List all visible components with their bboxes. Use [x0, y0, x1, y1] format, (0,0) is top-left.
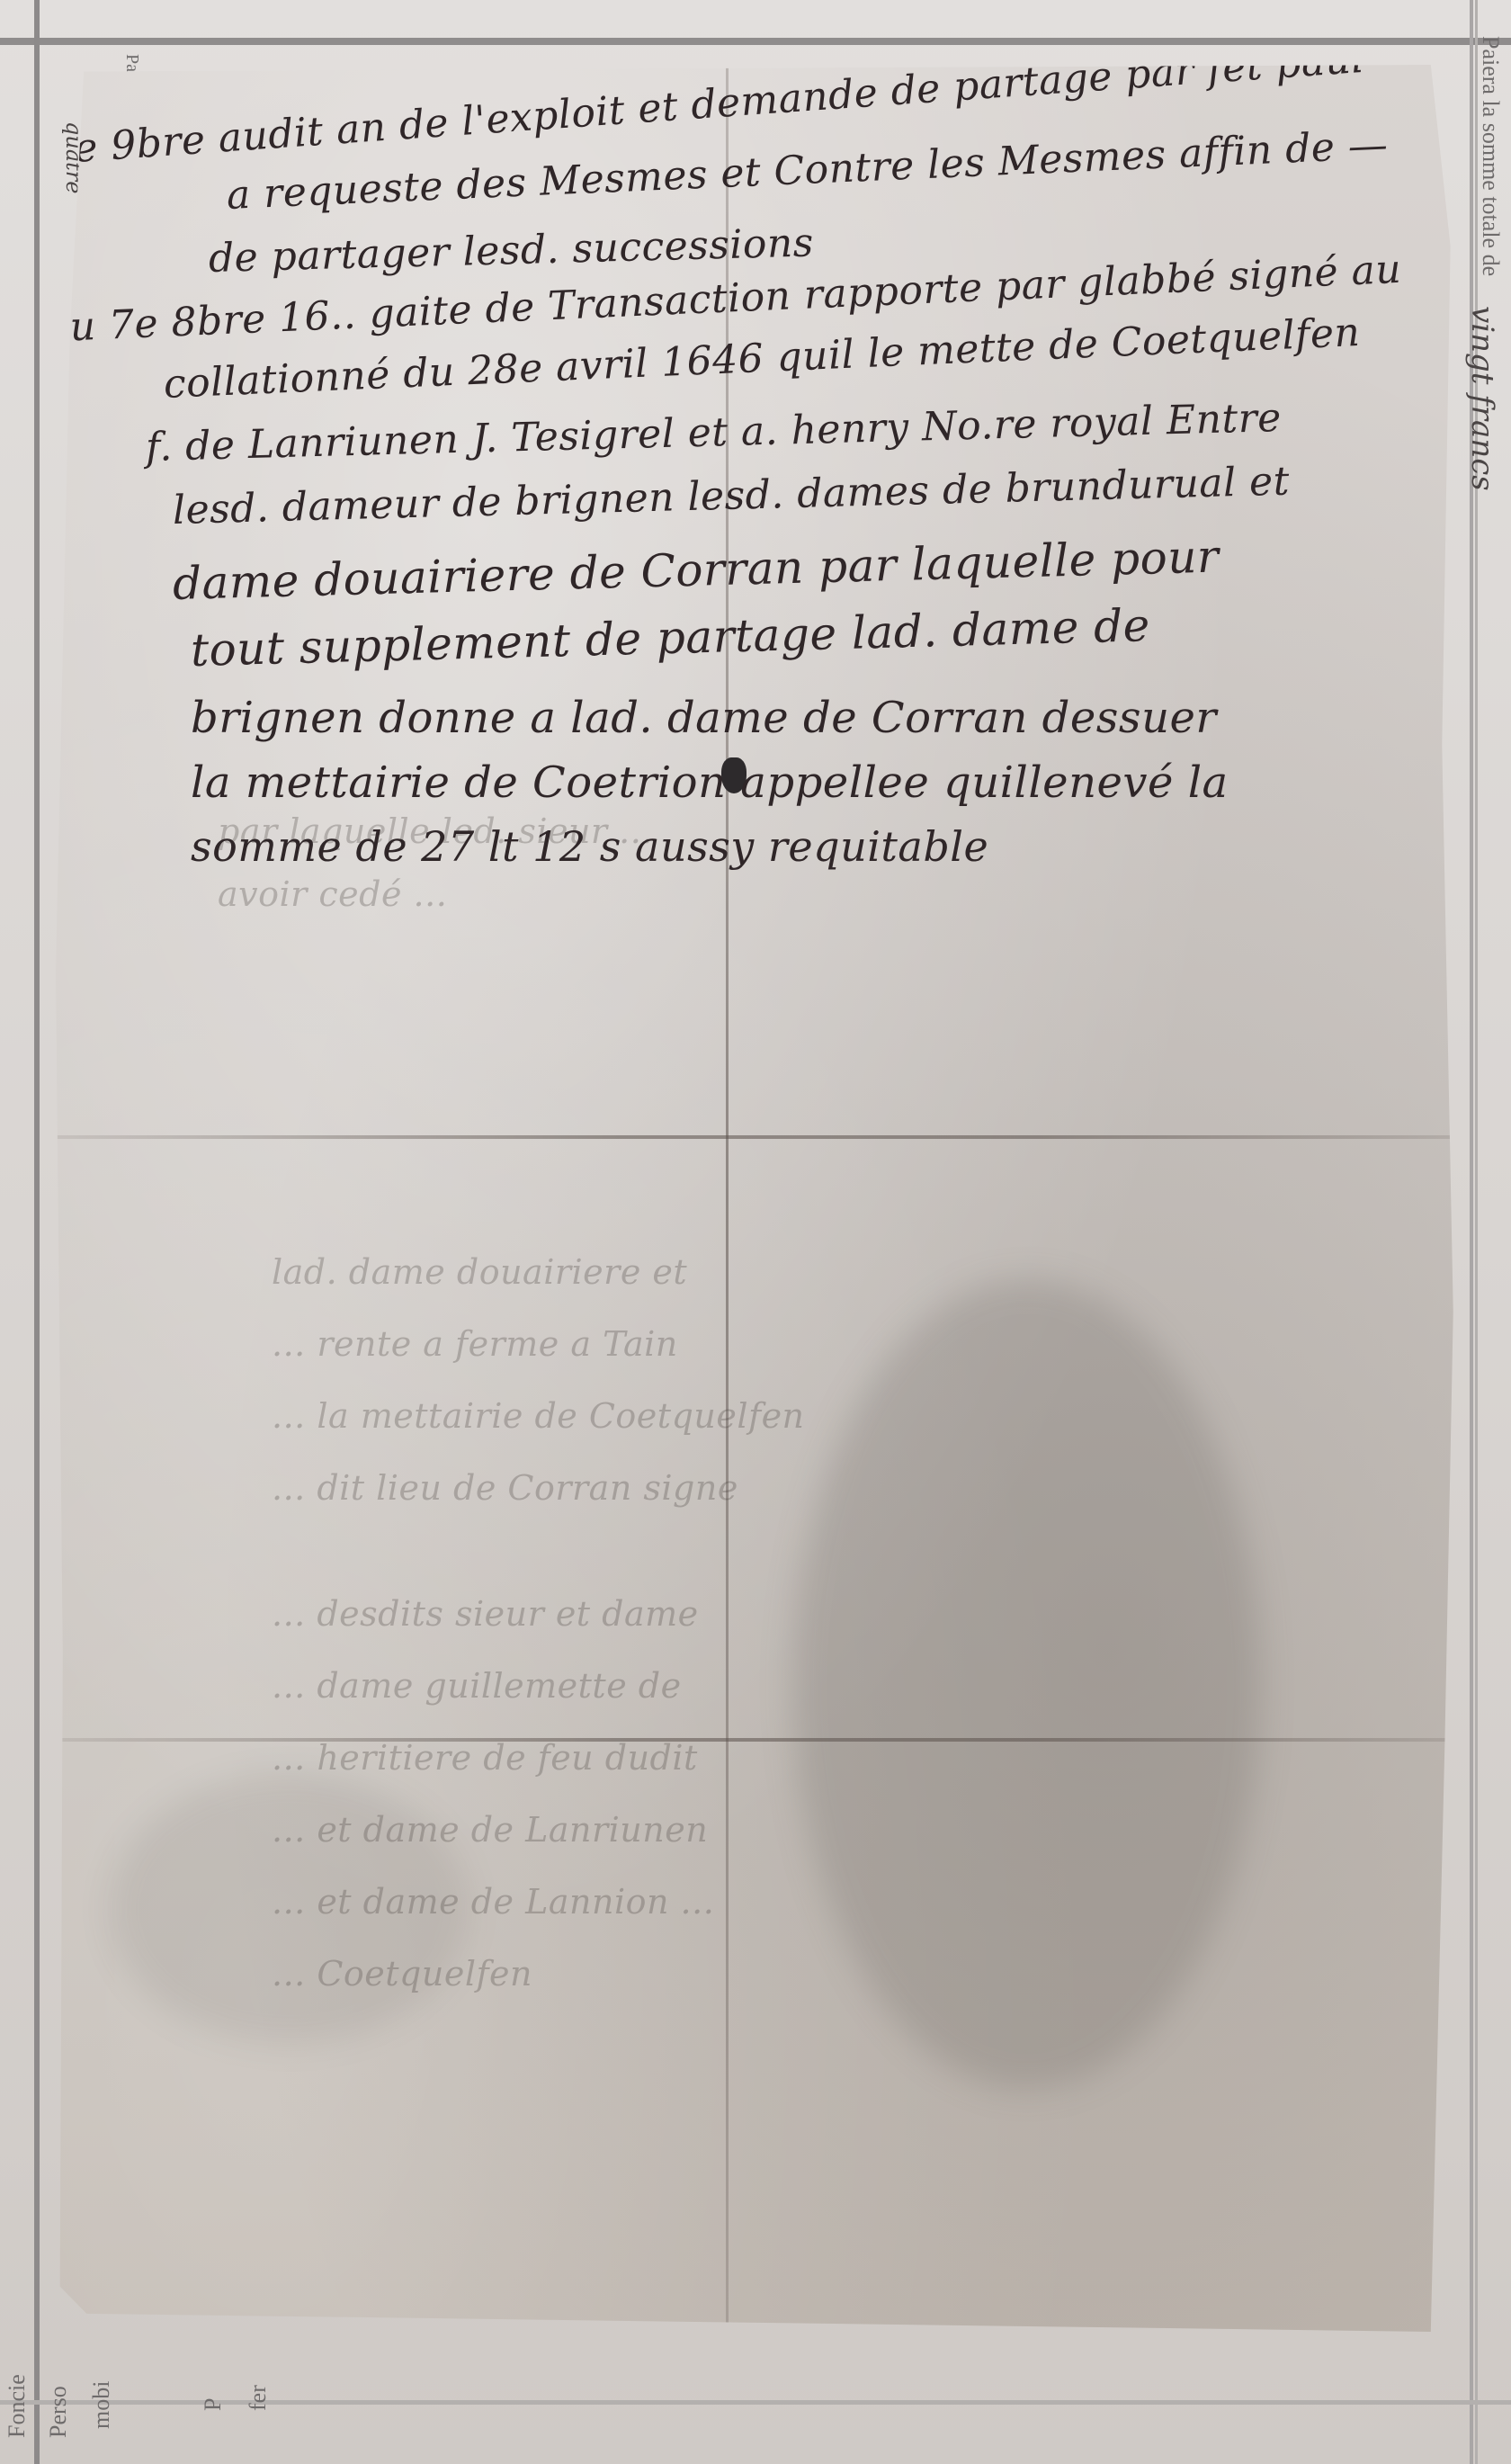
fold-line-vertical — [726, 65, 729, 2332]
bleed-through-line: ... desdits sieur et dame — [272, 1594, 699, 1634]
manuscript-line-3: de partager lesd. successions — [208, 220, 814, 282]
fold-line-horizontal — [56, 1135, 1459, 1139]
bottom-print-perso: Perso — [45, 2386, 72, 2438]
bleed-through-line: lad. dame douairiere et — [272, 1252, 687, 1292]
manuscript-line-10: brignen donne a lad. dame de Corran dess… — [191, 693, 1217, 743]
bottom-print-p: P — [200, 2398, 227, 2411]
manuscript-line-6: f. de Lanriunen J. Tesigrel et a. henry … — [145, 395, 1282, 470]
bleed-through-line: ... dame guillemette de — [272, 1666, 682, 1706]
fold-line-horizontal — [56, 1738, 1459, 1742]
bleed-through-line: ... Coetquelfen — [272, 1954, 532, 1994]
bleed-through-line: ... dit lieu de Corran signe — [272, 1468, 738, 1508]
manuscript-line-7: lesd. dameur de brignen lesd. dames de b… — [172, 458, 1290, 533]
bleed-through-line: ... et dame de Lanriunen — [272, 1810, 708, 1850]
bleed-through-line: ... rente a ferme a Tain — [272, 1324, 678, 1364]
manuscript-line-9: tout supplement de partage lad. dame de — [190, 599, 1150, 676]
right-margin-print: Paiera la somme totale de — [1477, 36, 1504, 276]
bleed-through-line: ... et dame de Lannion ... — [272, 1882, 714, 1922]
form-rule-bottom — [0, 2400, 1511, 2405]
manuscript-line-12: somme de 27 lt 12 s aussy requitable — [191, 822, 988, 871]
bottom-print-fer: fer — [245, 2385, 272, 2411]
water-stain — [793, 1279, 1261, 2089]
bottom-print-foncie: Foncie — [4, 2374, 31, 2438]
manuscript-sheet: par laquelle led. sieur ... avoir cedé .… — [56, 65, 1459, 2332]
manuscript-line-8: dame douairiere de Corran par laquelle p… — [172, 531, 1220, 610]
bleed-through-line: avoir cedé ... — [218, 874, 447, 914]
bleed-through-line: ... heritiere de feu dudit — [272, 1738, 698, 1778]
bottom-print-mobi: mobi — [88, 2381, 115, 2429]
bleed-through-line: ... la mettairie de Coetquelfen — [272, 1396, 805, 1436]
right-margin-handwriting: vingt francs — [1464, 306, 1500, 491]
manuscript-line-11: la mettairie de Coetrion appellee quille… — [191, 757, 1229, 808]
